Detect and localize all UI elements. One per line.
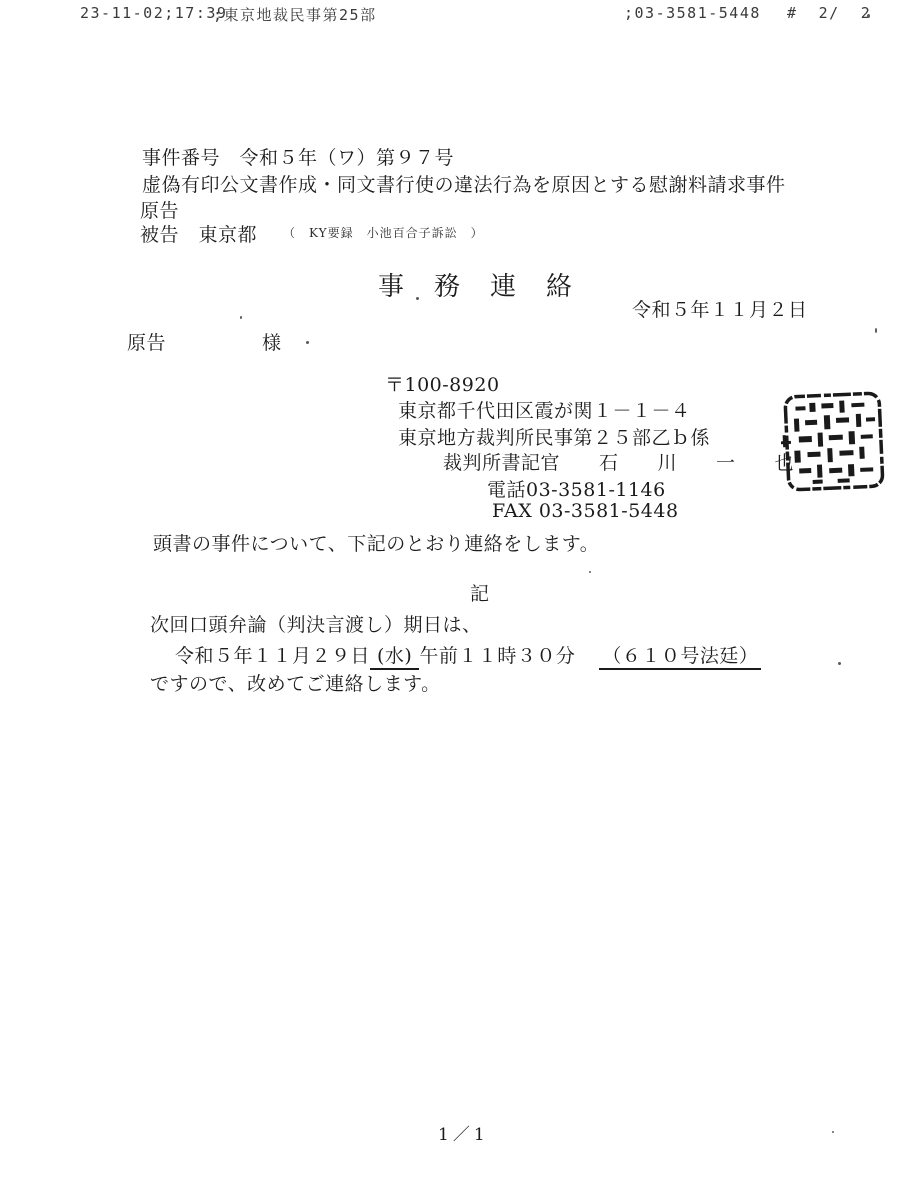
schedule-intro-line: 次回口頭弁論（判決言渡し）期日は、 [150,610,482,637]
sender-clerk-line: 裁判所書記官 石 川 一 也 [443,448,794,475]
schedule-date: 令和５年１１月２９日 [175,645,370,667]
schedule-courtroom: （６１０号法廷） [599,645,761,670]
page-number: 1／1 [438,1120,489,1145]
fax-header-datetime: 23-11-02;17:39 [80,4,227,22]
sender-fax: FAX 03-3581-5448 [492,500,679,522]
fax-document-page: 23-11-02;17:39 ;東京地裁民事第25部 ;03-3581-5448… [0,0,906,1200]
schedule-line: 令和５年１１月２９日(水)午前１１時３０分（６１０号法廷） [175,641,761,668]
defendant-note: （ KY要録 小池百合子訴訟 ） [283,224,484,241]
closing-line: ですので、改めてご連絡します。 [150,669,441,696]
fax-noise-speck [416,297,419,300]
fax-noise-speck [589,571,591,573]
addressee-honorific: 様 [262,328,282,355]
fax-header-page-indicator: # 2/ 2 [787,4,871,22]
fax-noise-speck [240,316,242,319]
sender-address: 東京都千代田区霞が関１－１－４ [398,396,691,423]
case-number-line: 事件番号 令和５年（ワ）第９７号 [142,143,454,170]
schedule-weekday: (水) [370,645,419,670]
fax-noise-speck [306,341,309,344]
clerk-seal-stamp-icon [779,389,889,497]
record-marker: 記 [470,579,490,606]
fax-noise-speck [867,14,870,18]
sender-phone: 電話03-3581-1146 [487,475,666,502]
fax-noise-speck [838,662,841,665]
fax-header-sender-id: ;東京地裁民事第25部 [213,4,377,25]
fax-header-fax-number: ;03-3581-5448 [624,4,761,22]
defendant-label: 被告 東京都 [140,220,257,247]
fax-noise-speck [832,1131,834,1133]
sender-office: 東京地方裁判所民事第２５部乙ｂ係 [398,423,710,450]
plaintiff-label: 原告 [140,196,179,223]
sender-postal-code: 〒100-8920 [385,370,500,397]
document-title: 事 務 連 絡 [378,266,574,303]
schedule-time: 午前１１時３０分 [419,645,575,667]
fax-noise-speck [875,328,877,333]
addressee-label: 原告 [127,328,166,355]
document-date: 令和５年１１月２日 [632,295,808,322]
body-intro-line: 頭書の事件について、下記のとおり連絡をします。 [153,529,599,556]
case-name-line: 虚偽有印公文書作成・同文書行使の違法行為を原因とする慰謝料請求事件 [142,170,786,197]
